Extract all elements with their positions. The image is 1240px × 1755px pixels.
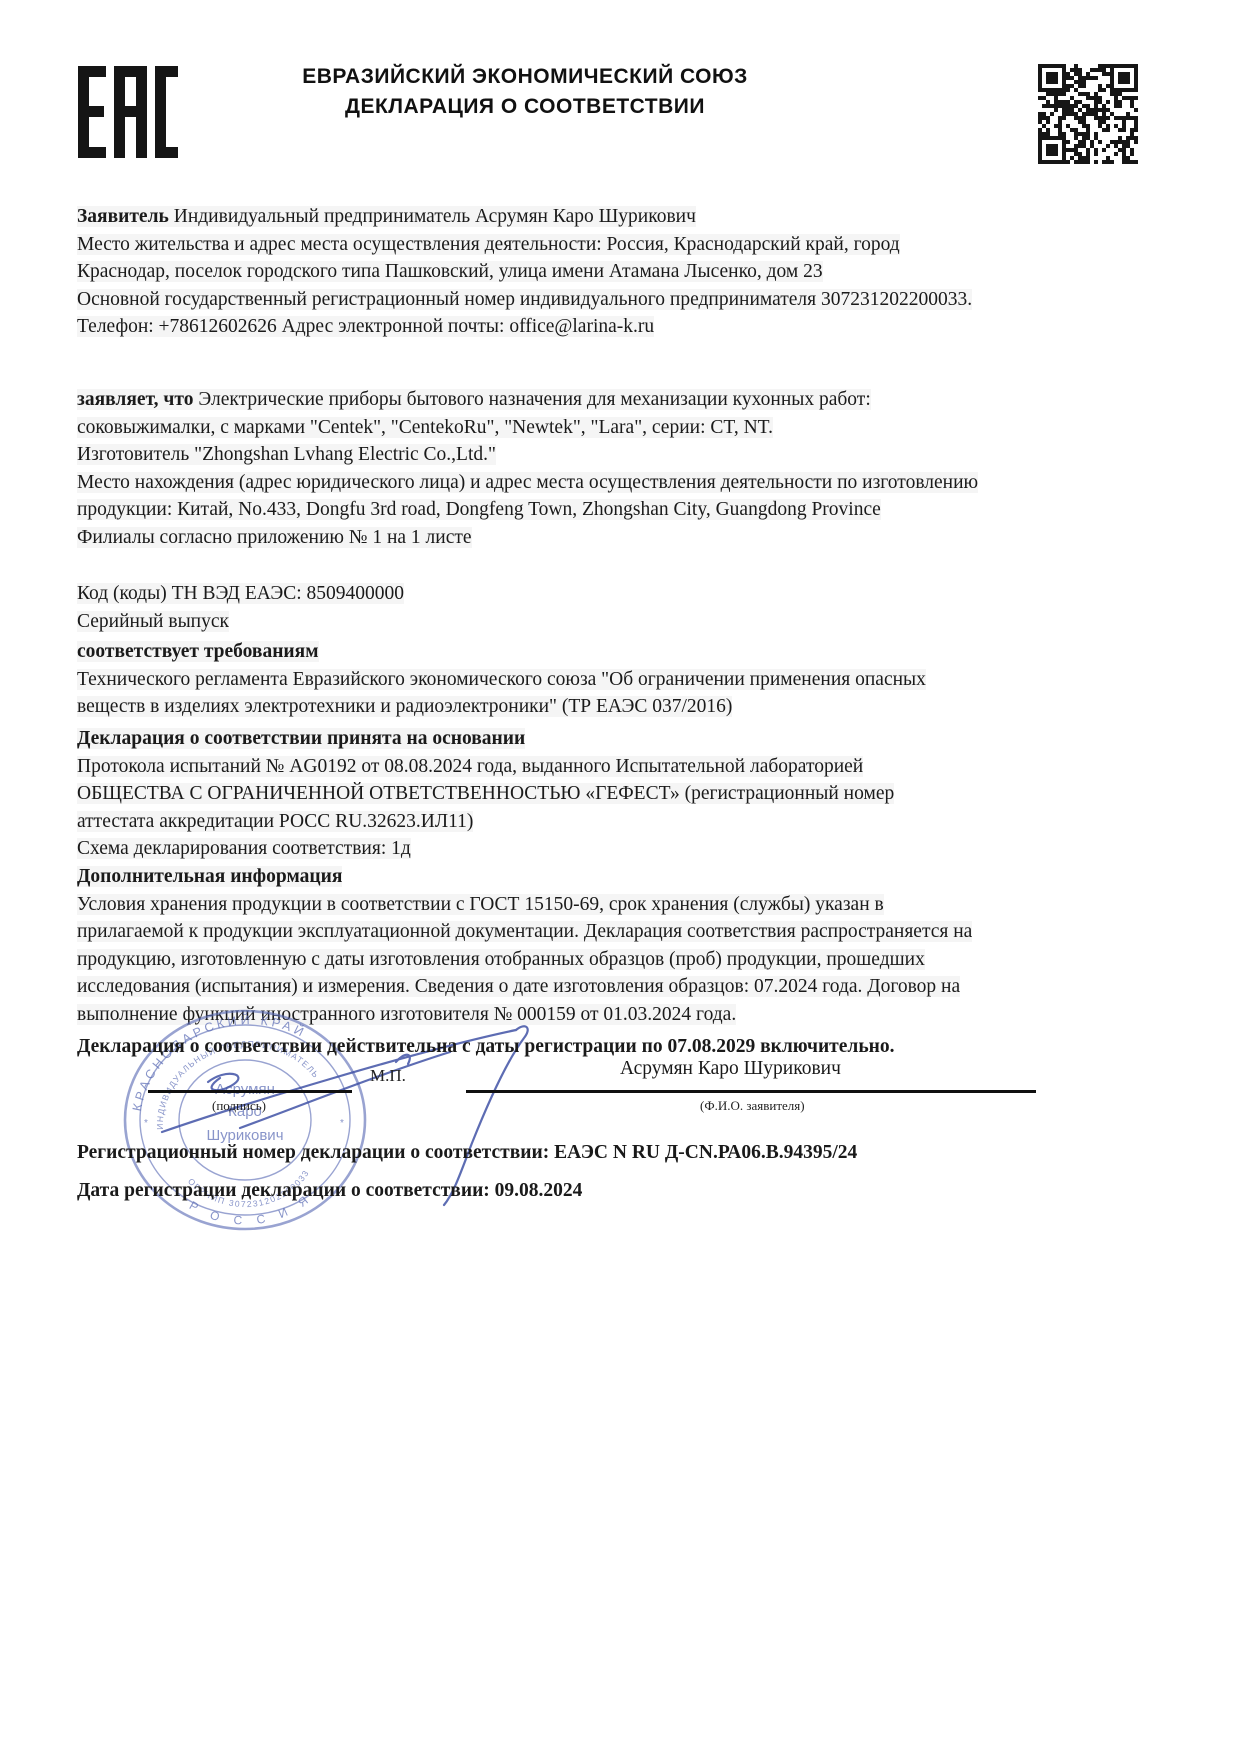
applicant-line: Основной государственный регистрационный… [77,286,1087,314]
basis-heading: Декларация о соответствии принята на осн… [77,725,1087,753]
compliance-section: соответствует требованиям Технического р… [77,638,1087,721]
applicant-line: Краснодар, поселок городского типа Пашко… [77,258,1087,286]
document-title: ЕВРАЗИЙСКИЙ ЭКОНОМИЧЕСКИЙ СОЮЗ ДЕКЛАРАЦИ… [240,62,810,122]
signature-line-right [466,1090,1036,1093]
validity-text: Декларация о соответствии действительна … [77,1033,1087,1061]
title-line-1: ЕВРАЗИЙСКИЙ ЭКОНОМИЧЕСКИЙ СОЮЗ [240,62,810,92]
qr-row [1038,160,1138,164]
declares-line: соковыжималки, с марками "Centek", "Cent… [77,414,1087,442]
declares-line: Изготовитель "Zhongshan Lvhang Electric … [77,441,1087,469]
declares-line: Филиалы согласно приложению № 1 на 1 лис… [77,524,1087,552]
additional-line: прилагаемой к продукции эксплуатационной… [77,918,1087,946]
fio-caption: (Ф.И.О. заявителя) [700,1098,805,1114]
additional-line: продукцию, изготовленную с даты изготовл… [77,946,1087,974]
basis-line: ОБЩЕСТВА С ОГРАНИЧЕННОЙ ОТВЕТСТВЕННОСТЬЮ… [77,780,1087,808]
tnved-code-line: Код (коды) ТН ВЭД ЕАЭС: 8509400000 [77,580,1087,608]
serial-release-line: Серийный выпуск [77,608,1087,636]
basis-line: аттестата аккредитации РОСС RU.32623.ИЛ1… [77,808,1087,836]
fio-name: Асрумян Каро Шурикович [620,1058,841,1080]
stamp-star-left: * [144,1118,148,1129]
qr-code-icon [1038,64,1138,164]
additional-line: Условия хранения продукции в соответстви… [77,891,1087,919]
basis-line: Схема декларирования соответствия: 1д [77,835,1087,863]
applicant-line: Телефон: +78612602626 Адрес электронной … [77,313,1087,341]
declares-line: продукции: Китай, No.433, Dongfu 3rd roa… [77,496,1087,524]
podpis-caption: (подпись) [212,1098,266,1114]
registration-date-line: Дата регистрации декларации о соответств… [77,1180,582,1202]
compliance-line: Технического регламента Евразийского эко… [77,666,1087,694]
compliance-line: веществ в изделиях электротехники и ради… [77,693,1087,721]
compliance-heading: соответствует требованиям [77,638,1087,666]
registration-number-line: Регистрационный номер декларации о соотв… [77,1142,857,1164]
basis-line: Протокола испытаний № AG0192 от 08.08.20… [77,753,1087,781]
mp-label: М.П. [370,1066,406,1086]
validity-line: Декларация о соответствии действительна … [77,1033,1087,1061]
applicant-section: Заявитель Индивидуальный предприниматель… [77,203,1087,341]
codes-section: Код (коды) ТН ВЭД ЕАЭС: 8509400000 Серий… [77,580,1087,635]
declaration-document: ЕВРАЗИЙСКИЙ ЭКОНОМИЧЕСКИЙ СОЮЗ ДЕКЛАРАЦИ… [0,0,1240,1755]
applicant-line: Заявитель Индивидуальный предприниматель… [77,203,1087,231]
declares-section: заявляет, что Электрические приборы быто… [77,386,1087,551]
basis-section: Декларация о соответствии принята на осн… [77,725,1087,863]
title-line-2: ДЕКЛАРАЦИЯ О СООТВЕТСТВИИ [240,92,810,122]
declares-line: заявляет, что Электрические приборы быто… [77,386,1087,414]
stamp-star-right: * [340,1118,344,1129]
additional-heading: Дополнительная информация [77,863,1087,891]
applicant-line: Место жительства и адрес места осуществл… [77,231,1087,259]
eac-logo-icon [78,66,178,158]
additional-line: исследования (испытания) и измерения. Св… [77,973,1087,1001]
signature-line-left [148,1090,352,1093]
declares-line: Место нахождения (адрес юридического лиц… [77,469,1087,497]
eac-logo [78,66,178,163]
